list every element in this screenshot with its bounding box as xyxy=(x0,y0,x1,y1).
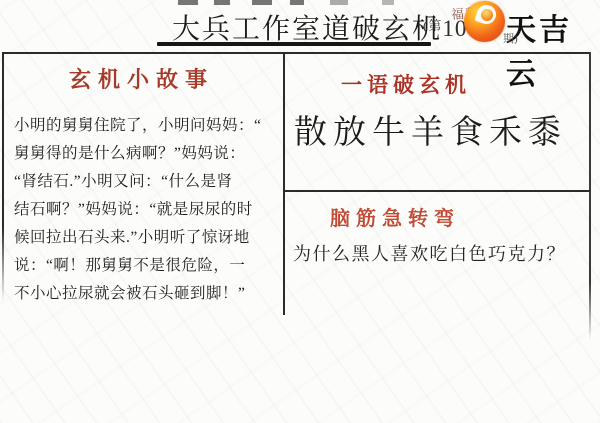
table-border-right xyxy=(589,52,591,340)
brain-teaser-question: 为什么黑人喜欢吃白色巧克力？ xyxy=(293,240,589,266)
cropped-text-remnant xyxy=(290,0,304,5)
story-line: 小明的舅舅住院了，小明问妈妈：“ xyxy=(14,112,276,140)
cropped-text-remnant xyxy=(252,0,272,5)
cropped-text-remnant xyxy=(330,0,348,5)
right-column-divider xyxy=(284,190,590,192)
masthead-title: 大兵工作室道破玄机 xyxy=(172,7,442,47)
story-line: 候回拉出石头来.”小明听了惊讶地 xyxy=(14,224,276,252)
issue-suffix: 期) xyxy=(503,30,518,46)
story-section-title: 玄机小故事 xyxy=(0,63,283,94)
brain-teaser-section-title: 脑筋急转弯 xyxy=(330,202,460,231)
story-line: 舅舅得的是什么病啊？”妈妈说： xyxy=(14,140,276,168)
story-line: 不小心拉尿就会被石头砸到脚！” xyxy=(14,280,276,308)
masthead-underline xyxy=(157,42,431,46)
column-divider xyxy=(283,52,285,315)
riddle-section-title: 一语破玄机 xyxy=(341,69,471,99)
tianji-sun-logo-icon xyxy=(464,1,505,42)
logo-core-dot xyxy=(481,9,493,21)
riddle-phrase: 散放牛羊食禾黍 xyxy=(294,106,590,153)
cropped-text-remnant xyxy=(214,0,230,5)
cropped-text-remnant xyxy=(178,0,198,5)
story-body: 小明的舅舅住院了，小明问妈妈：“ 舅舅得的是什么病啊？”妈妈说： “肾结石.”小… xyxy=(14,112,276,308)
story-line: “肾结石.”小明又问：“什么是肾 xyxy=(14,168,276,196)
story-line: 结石啊？”妈妈说：“就是尿尿的时 xyxy=(14,196,276,224)
brand-name: 天吉云 xyxy=(506,5,600,93)
cropped-text-remnant xyxy=(382,0,394,5)
issue-prefix: (第 xyxy=(423,18,442,33)
story-line: 说：“啊！那舅舅不是很危险，一 xyxy=(14,252,276,280)
table-border-top xyxy=(2,52,591,54)
